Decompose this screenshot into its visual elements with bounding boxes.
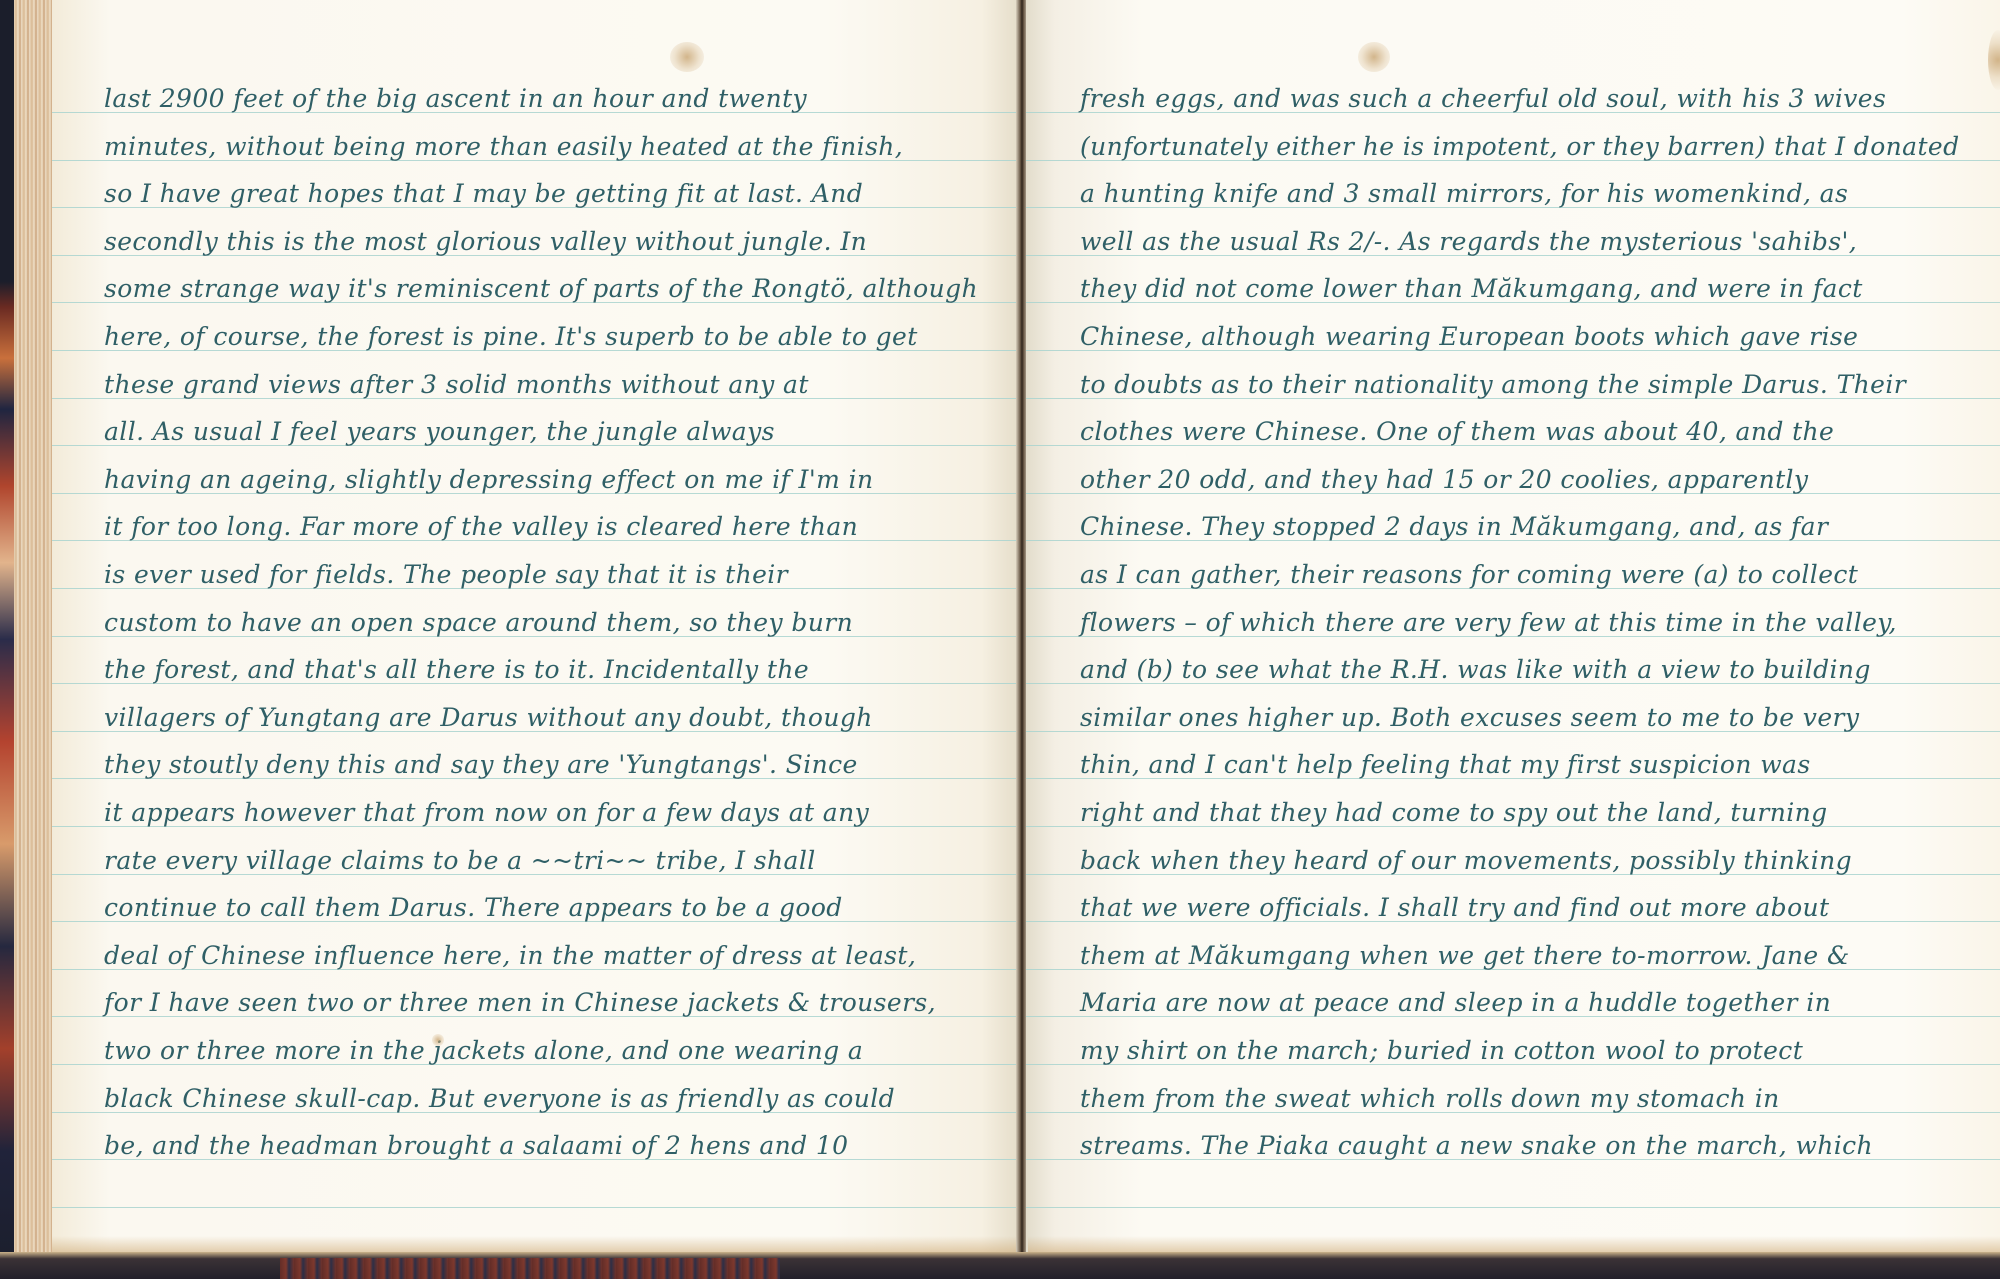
handwritten-line: last 2900 feet of the big ascent in an h… xyxy=(104,84,807,114)
handwritten-line: it appears however that from now on for … xyxy=(104,798,869,828)
handwritten-line: to doubts as to their nationality among … xyxy=(1080,370,1906,400)
right-page: fresh eggs, and was such a cheerful old … xyxy=(1026,0,2000,1256)
handwritten-line: as I can gather, their reasons for comin… xyxy=(1080,560,1858,590)
handwritten-line: be, and the headman brought a salaami of… xyxy=(104,1131,849,1161)
handwritten-line: having an ageing, slightly depressing ef… xyxy=(104,465,873,495)
stain-left-top xyxy=(670,42,704,72)
handwritten-line: villagers of Yungtang are Darus without … xyxy=(104,703,873,733)
handwritten-line: fresh eggs, and was such a cheerful old … xyxy=(1080,84,1886,114)
handwritten-line: back when they heard of our movements, p… xyxy=(1080,846,1852,876)
handwritten-line: here, of course, the forest is pine. It'… xyxy=(104,322,918,352)
handwritten-line: Maria are now at peace and sleep in a hu… xyxy=(1080,988,1831,1018)
page-stack-edge xyxy=(14,0,52,1258)
handwritten-line: some strange way it's reminiscent of par… xyxy=(104,274,978,304)
handwritten-line: custom to have an open space around them… xyxy=(104,608,853,638)
handwritten-line: them at Măkumgang when we get there to-m… xyxy=(1080,941,1850,971)
handwritten-line: two or three more in the jackets alone, … xyxy=(104,1036,863,1066)
foxing-left xyxy=(52,1236,1016,1252)
handwritten-line: right and that they had come to spy out … xyxy=(1080,798,1828,828)
stain-left-middle xyxy=(432,1034,444,1046)
handwritten-line: for I have seen two or three men in Chin… xyxy=(104,988,936,1018)
handwritten-line: it for too long. Far more of the valley … xyxy=(104,512,858,542)
handwritten-line: rate every village claims to be a ~~tri~… xyxy=(104,846,816,876)
handwritten-line: my shirt on the march; buried in cotton … xyxy=(1080,1036,1803,1066)
handwritten-line: these grand views after 3 solid months w… xyxy=(104,370,809,400)
left-page: last 2900 feet of the big ascent in an h… xyxy=(52,0,1020,1256)
handwritten-line: so I have great hopes that I may be gett… xyxy=(104,179,863,209)
handwritten-line: they stoutly deny this and say they are … xyxy=(104,750,858,780)
handwritten-line: clothes were Chinese. One of them was ab… xyxy=(1080,417,1834,447)
foxing-right xyxy=(1028,1236,2000,1252)
handwritten-line: other 20 odd, and they had 15 or 20 cool… xyxy=(1080,465,1808,495)
handwritten-line: all. As usual I feel years younger, the … xyxy=(104,417,775,447)
handwritten-line: they did not come lower than Măkumgang, … xyxy=(1080,274,1863,304)
stain-right-top xyxy=(1358,42,1390,72)
diary-scan: last 2900 feet of the big ascent in an h… xyxy=(0,0,2000,1279)
handwritten-line: minutes, without being more than easily … xyxy=(104,132,903,162)
ruled-line xyxy=(1026,1207,2000,1208)
handwritten-line: black Chinese skull-cap. But everyone is… xyxy=(104,1084,895,1114)
marbled-bottom-edge xyxy=(280,1258,780,1279)
handwritten-line: and (b) to see what the R.H. was like wi… xyxy=(1080,655,1871,685)
handwritten-line: (unfortunately either he is impotent, or… xyxy=(1080,132,1960,162)
handwritten-line: a hunting knife and 3 small mirrors, for… xyxy=(1080,179,1848,209)
handwritten-line: them from the sweat which rolls down my … xyxy=(1080,1084,1780,1114)
handwritten-line: continue to call them Darus. There appea… xyxy=(104,893,843,923)
handwritten-line: streams. The Piaka caught a new snake on… xyxy=(1080,1131,1873,1161)
marbled-cover-edge xyxy=(0,0,14,1279)
handwritten-line: Chinese. They stopped 2 days in Măkumgan… xyxy=(1080,512,1828,542)
handwritten-line: similar ones higher up. Both excuses see… xyxy=(1080,703,1859,733)
handwritten-line: deal of Chinese influence here, in the m… xyxy=(104,941,916,971)
handwritten-line: that we were officials. I shall try and … xyxy=(1080,893,1829,923)
handwritten-line: well as the usual Rs 2/-. As regards the… xyxy=(1080,227,1857,257)
handwritten-line: thin, and I can't help feeling that my f… xyxy=(1080,750,1811,780)
handwritten-line: is ever used for fields. The people say … xyxy=(104,560,788,590)
ruled-line xyxy=(52,1207,1020,1208)
handwritten-line: secondly this is the most glorious valle… xyxy=(104,227,867,257)
handwritten-line: the forest, and that's all there is to i… xyxy=(104,655,809,685)
handwritten-line: flowers – of which there are very few at… xyxy=(1080,608,1897,638)
handwritten-line: Chinese, although wearing European boots… xyxy=(1080,322,1858,352)
